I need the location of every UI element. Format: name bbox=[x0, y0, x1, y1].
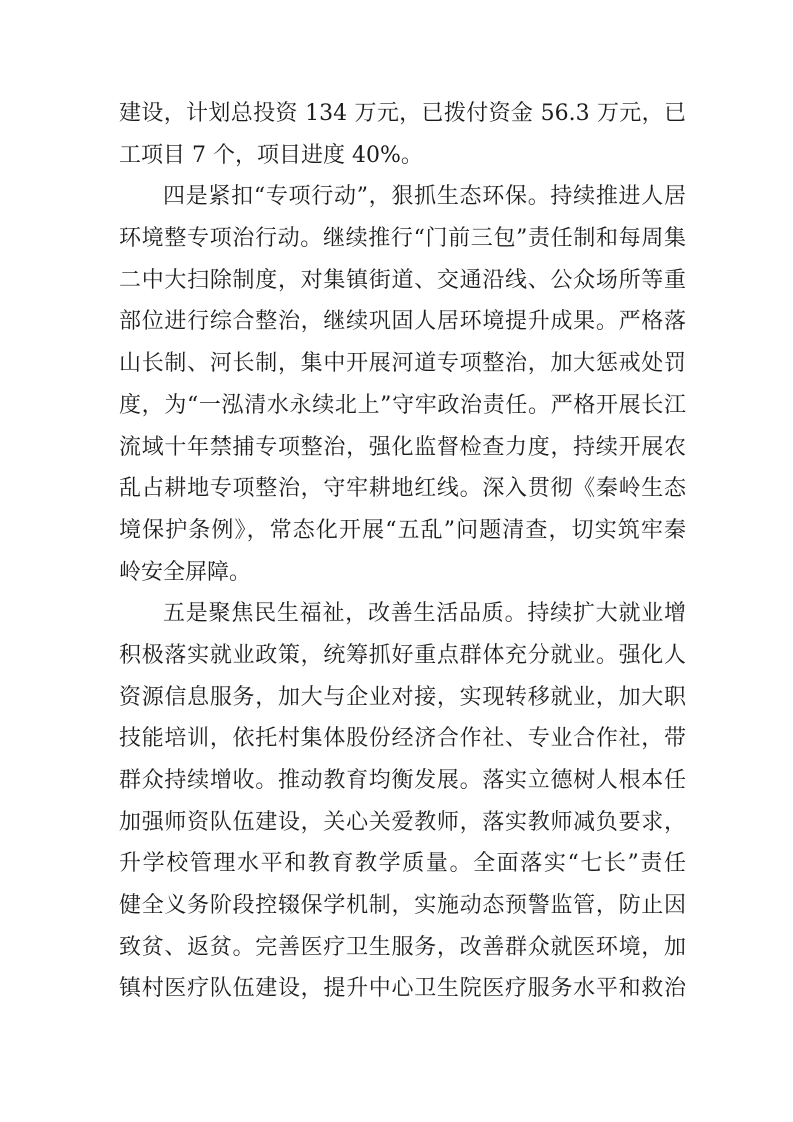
text-line: 加强师资队伍建设，关心关爱教师，落实教师减负要求，提 bbox=[119, 802, 686, 844]
document-body: 建设，计划总投资 134 万元，已拨付资金 56.3 万元，已开工项目 7 个，… bbox=[119, 93, 686, 1010]
text-line: 山长制、河长制，集中开展河道专项整治，加大惩戒处罚力 bbox=[119, 343, 686, 385]
paragraph-four-ecology: 四是紧扣“专项行动”，狠抓生态环保。持续推进人居环境整专项治行动。继续推行“门前… bbox=[119, 176, 686, 593]
paragraph-five-livelihood: 五是聚焦民生福祉，改善生活品质。持续扩大就业增收。积极落实就业政策，统筹抓好重点… bbox=[119, 593, 686, 1010]
document-page: 建设，计划总投资 134 万元，已拨付资金 56.3 万元，已开工项目 7 个，… bbox=[0, 0, 793, 1122]
text-line: 健全义务阶段控辍保学机制，实施动态预警监管，防止因学 bbox=[119, 885, 686, 927]
text-line: 度，为“一泓清水永续北上”守牢政治责任。严格开展长江 bbox=[119, 385, 686, 427]
text-line: 镇村医疗队伍建设，提升中心卫生院医疗服务水平和救治能 bbox=[119, 968, 686, 1010]
text-line: 建设，计划总投资 134 万元，已拨付资金 56.3 万元，已开 bbox=[119, 93, 686, 135]
text-line: 岭安全屏障。 bbox=[119, 552, 686, 594]
text-line: 工项目 7 个，项目进度 40%。 bbox=[119, 135, 686, 177]
text-line: 群众持续增收。推动教育均衡发展。落实立德树人根本任务， bbox=[119, 760, 686, 802]
text-line: 境保护条例》，常态化开展“五乱”问题清查，切实筑牢秦 bbox=[119, 510, 686, 552]
text-line: 二中大扫除制度，对集镇街道、交通沿线、公众场所等重点 bbox=[119, 260, 686, 302]
text-line: 四是紧扣“专项行动”，狠抓生态环保。持续推进人居 bbox=[119, 176, 686, 218]
text-line: 升学校管理水平和教育教学质量。全面落实“七长”责任制， bbox=[119, 843, 686, 885]
text-line: 积极落实就业政策，统筹抓好重点群体充分就业。强化人力 bbox=[119, 635, 686, 677]
text-line: 部位进行综合整治，继续巩固人居环境提升成果。严格落实 bbox=[119, 301, 686, 343]
text-line: 资源信息服务，加大与企业对接，实现转移就业，加大职业 bbox=[119, 677, 686, 719]
paragraph-project-progress: 建设，计划总投资 134 万元，已拨付资金 56.3 万元，已开工项目 7 个，… bbox=[119, 93, 686, 176]
text-line: 技能培训，依托村集体股份经济合作社、专业合作社，带动 bbox=[119, 718, 686, 760]
text-line: 五是聚焦民生福祉，改善生活品质。持续扩大就业增收。 bbox=[119, 593, 686, 635]
text-line: 乱占耕地专项整治，守牢耕地红线。深入贯彻《秦岭生态环 bbox=[119, 468, 686, 510]
text-line: 环境整专项治行动。继续推行“门前三包”责任制和每周集 bbox=[119, 218, 686, 260]
text-line: 致贫、返贫。完善医疗卫生服务，改善群众就医环境，加强 bbox=[119, 927, 686, 969]
text-line: 流域十年禁捕专项整治，强化监督检查力度，持续开展农村 bbox=[119, 427, 686, 469]
